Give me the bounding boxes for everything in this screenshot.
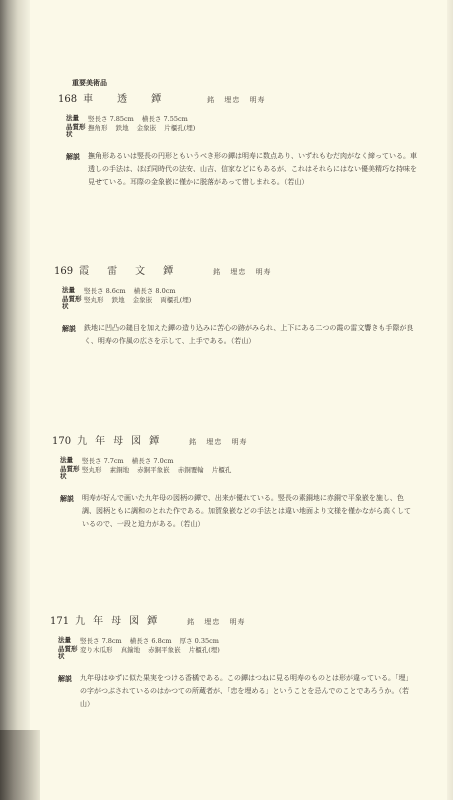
entry-specs: 法量 竪長さ 7.8cm 横長さ 6.8cm 厚さ 0.35cm 品質形状 変り… [58,637,410,660]
entry-number: 170 [52,436,71,447]
material-row: 品質形状 竪丸形 素銅地 赤銅平象嵌 赤銅覆輪 片櫃孔 [60,466,412,480]
material-label: 品質形状 [60,466,82,480]
material-value: 真鍮地 [121,646,141,654]
material-value: 鉄地 [112,296,125,304]
material-value: 赤銅平象嵌 [137,466,170,474]
entry-number: 169 [54,266,73,277]
entry-title: 九 年 母 図 鐔 [77,432,167,447]
dimensions-row: 法量 竪長さ 7.7cm 横長さ 7.0cm [60,457,412,466]
description-block: 解説 九年母はゆずに似た果実をつける香橘である。この鐔はつねに見る明寿のものとは… [58,672,410,711]
description-text: 鉄地に凹凸の鎚目を加えた鐔の造り込みに苦心の跡がみられ、上下にある二つの霞の雷文… [84,322,414,348]
material-value: 竪丸形 [84,296,104,304]
inscription: 銘 埋忠 明寿 [189,437,253,447]
description-block: 解説 鉄地に凹凸の鎚目を加えた鐔の造り込みに苦心の跡がみられ、上下にある二つの霞… [62,322,414,348]
entry-title: 霞 雷 文 鐔 [79,262,191,277]
dimension-value: 竪長さ 7.8cm [80,637,122,645]
material-value: 撫角形 [88,124,108,132]
entry-title-row: 171 九 年 母 図 鐔 銘 埋忠 明寿 [50,612,410,627]
catalog-entry-169: 169 霞 雷 文 鐔 銘 埋忠 明寿 法量 竪長さ 8.6cm 横長さ 8.0… [54,262,414,348]
entry-title-row: 170 九 年 母 図 鐔 銘 埋忠 明寿 [52,432,412,447]
description-text: 九年母はゆずに似た果実をつける香橘である。この鐔はつねに見る明寿のものとは形が違… [80,672,410,711]
material-value: 赤銅平象嵌 [148,646,181,654]
description-text: 明寿が好んで画いた九年母の図柄の鐔で、出来が優れている。竪長の素銅地に赤銅で平象… [82,492,412,531]
material-label: 品質形状 [62,296,84,310]
dimensions-label: 法量 [58,637,80,644]
material-value: 鉄地 [116,124,129,132]
page-edge [447,0,453,800]
dimension-value: 厚さ 0.35cm [180,637,219,645]
entry-specs: 法量 竪長さ 8.6cm 横長さ 8.0cm 品質形状 竪丸形 鉄地 金象嵌 両… [62,287,414,310]
entry-title-row: 169 霞 雷 文 鐔 銘 埋忠 明寿 [54,262,414,277]
catalog-entry-171: 171 九 年 母 図 鐔 銘 埋忠 明寿 法量 竪長さ 7.8cm 横長さ 6… [50,612,410,711]
dimensions-row: 法量 竪長さ 7.8cm 横長さ 6.8cm 厚さ 0.35cm [58,637,410,646]
dimension-value: 横長さ 7.0cm [132,457,174,465]
material-value: 竪丸形 [82,466,102,474]
material-row: 品質形状 竪丸形 鉄地 金象嵌 両櫃孔(埋) [62,296,414,310]
material-value: 両櫃孔(埋) [160,296,191,304]
description-label: 解説 [58,672,80,711]
page-gutter-shadow-bottom [0,730,40,800]
dimensions-label: 法量 [62,287,84,294]
material-value: 片櫃孔 [212,466,232,474]
dimension-value: 竪長さ 7.7cm [82,457,124,465]
description-block: 解説 明寿が好んで画いた九年母の図柄の鐔で、出来が優れている。竪長の素銅地に赤銅… [60,492,412,531]
entry-number: 168 [58,94,77,105]
catalog-entry-168: 重要美術品 168 車 透 鐔 銘 埋忠 明寿 法量 竪長さ 7.85cm 横長… [58,78,418,189]
material-label: 品質形状 [66,124,88,138]
entry-title-row: 168 車 透 鐔 銘 埋忠 明寿 [58,90,418,105]
page-gutter-shadow [0,0,30,800]
description-label: 解説 [62,322,84,348]
important-art-badge: 重要美術品 [72,78,418,88]
entry-specs: 法量 竪長さ 7.85cm 横長さ 7.55cm 品質形状 撫角形 鉄地 金象嵌… [66,115,418,138]
material-row: 品質形状 変り木瓜形 真鍮地 赤銅平象嵌 片櫃孔(埋) [58,646,410,660]
material-row: 品質形状 撫角形 鉄地 金象嵌 片櫃孔(埋) [66,124,418,138]
description-label: 解説 [60,492,82,531]
description-block: 解説 撫角形あるいは竪長の円形ともいうべき形の鐔は明寿に数点あり、いずれもむだ肉… [66,150,418,189]
material-value: 片櫃孔(埋) [164,124,195,132]
catalog-entry-170: 170 九 年 母 図 鐔 銘 埋忠 明寿 法量 竪長さ 7.7cm 横長さ 7… [52,432,412,531]
entry-number: 171 [50,616,69,627]
material-value: 金象嵌 [133,296,153,304]
dimension-value: 横長さ 8.0cm [134,287,176,295]
dimensions-label: 法量 [60,457,82,464]
dimension-value: 竪長さ 7.85cm [88,115,134,123]
entry-specs: 法量 竪長さ 7.7cm 横長さ 7.0cm 品質形状 竪丸形 素銅地 赤銅平象… [60,457,412,480]
material-value: 赤銅覆輪 [178,466,204,474]
entry-title: 九 年 母 図 鐔 [75,612,165,627]
inscription: 銘 埋忠 明寿 [187,617,251,627]
description-text: 撫角形あるいは竪長の円形ともいうべき形の鐔は明寿に数点あり、いずれもむだ肉がなく… [88,150,418,189]
dimension-value: 横長さ 7.55cm [142,115,188,123]
dimensions-row: 法量 竪長さ 8.6cm 横長さ 8.0cm [62,287,414,296]
dimensions-label: 法量 [66,115,88,122]
description-label: 解説 [66,150,88,189]
material-value: 素銅地 [110,466,130,474]
material-value: 片櫃孔(埋) [189,646,220,654]
dimensions-row: 法量 竪長さ 7.85cm 横長さ 7.55cm [66,115,418,124]
material-value: 金象嵌 [137,124,157,132]
inscription: 銘 埋忠 明寿 [213,267,277,277]
dimension-value: 横長さ 6.8cm [130,637,172,645]
inscription: 銘 埋忠 明寿 [207,95,271,105]
material-value: 変り木瓜形 [80,646,113,654]
entry-title: 車 透 鐔 [83,90,185,105]
dimension-value: 竪長さ 8.6cm [84,287,126,295]
material-label: 品質形状 [58,646,80,660]
